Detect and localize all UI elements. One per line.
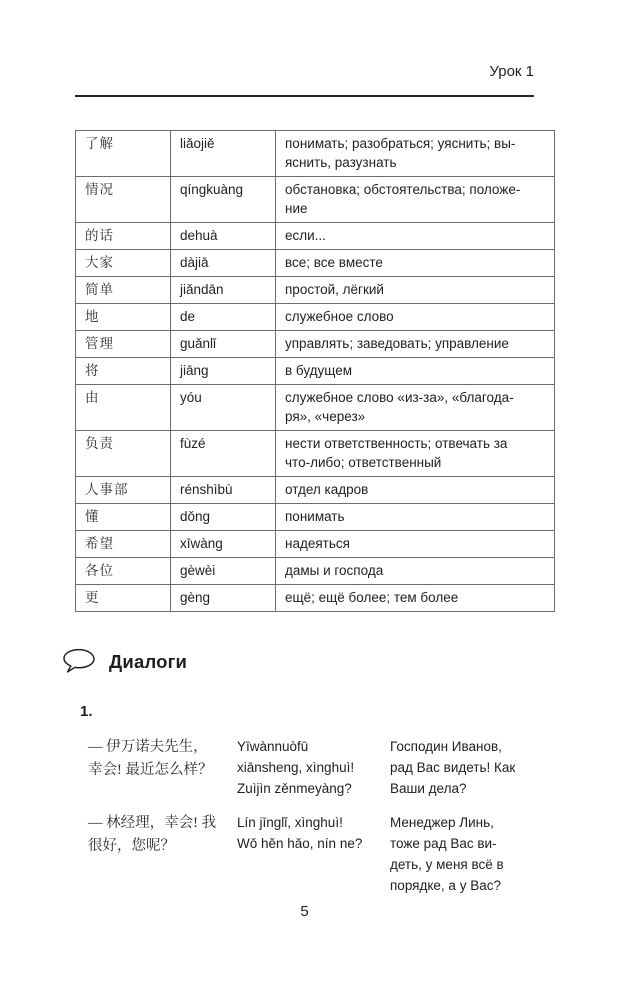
pinyin-cell: gèng — [171, 585, 276, 612]
hanzi-cell: 的话 — [76, 223, 171, 250]
hanzi-cell: 更 — [76, 585, 171, 612]
translation-cell: дамы и господа — [276, 558, 555, 585]
table-row: 地 de служебное слово — [76, 304, 555, 331]
hanzi-cell: 希望 — [76, 531, 171, 558]
table-row: 的话 dehuà если... — [76, 223, 555, 250]
dialogue-pinyin: Yīwànnuòfū xiānsheng, xìnghuì! Zuìjìn zě… — [237, 736, 390, 799]
dialogue-hanzi: — 伊万诺夫先生， 幸会! 最近怎么样？ — [88, 736, 237, 799]
translation-cell: ещё; ещё более; тем более — [276, 585, 555, 612]
hanzi-cell: 了解 — [76, 131, 171, 177]
translation-cell: управлять; заведовать; управление — [276, 331, 555, 358]
page-number: 5 — [75, 903, 534, 920]
translation-cell: служебное слово «из-за», «благода- ря», … — [276, 385, 555, 431]
pinyin-cell: gèwèi — [171, 558, 276, 585]
dialogues-section-header: Диалоги — [62, 648, 187, 675]
dialogue-russian: Менеджер Линь, тоже рад Вас ви- деть, у … — [390, 812, 534, 896]
pinyin-cell: jiāng — [171, 358, 276, 385]
hanzi-cell: 懂 — [76, 504, 171, 531]
pinyin-cell: rénshìbù — [171, 477, 276, 504]
pinyin-cell: qíngkuàng — [171, 177, 276, 223]
table-row: 更 gèng ещё; ещё более; тем более — [76, 585, 555, 612]
table-row: 管理 guǎnlǐ управлять; заведовать; управле… — [76, 331, 555, 358]
translation-cell: понимать; разобраться; уяснить; вы- ясни… — [276, 131, 555, 177]
dialogues-section-title: Диалоги — [109, 651, 187, 673]
dialogue-table: — 伊万诺夫先生， 幸会! 最近怎么样？ Yīwànnuòfū xiānshen… — [88, 736, 534, 896]
hanzi-cell: 将 — [76, 358, 171, 385]
table-row: 了解 liǎojiě понимать; разобраться; уяснит… — [76, 131, 555, 177]
translation-cell: обстановка; обстоятельства; положе- ние — [276, 177, 555, 223]
table-row: 负责 fùzé нести ответственность; отвечать … — [76, 431, 555, 477]
pinyin-cell: guǎnlǐ — [171, 331, 276, 358]
table-row: 情况 qíngkuàng обстановка; обстоятельства;… — [76, 177, 555, 223]
header-rule — [75, 95, 534, 97]
table-row: 各位 gèwèi дамы и господа — [76, 558, 555, 585]
table-row: 希望 xīwàng надеяться — [76, 531, 555, 558]
dialogue-number: 1. — [80, 703, 93, 720]
pinyin-cell: dehuà — [171, 223, 276, 250]
book-page: Урок 1 了解 liǎojiě понимать; разобраться;… — [0, 0, 644, 1000]
pinyin-cell: dǒng — [171, 504, 276, 531]
hanzi-cell: 地 — [76, 304, 171, 331]
hanzi-cell: 人事部 — [76, 477, 171, 504]
running-head: Урок 1 — [75, 63, 534, 80]
pinyin-cell: dàjiā — [171, 250, 276, 277]
hanzi-cell: 管理 — [76, 331, 171, 358]
hanzi-cell: 各位 — [76, 558, 171, 585]
translation-cell: в будущем — [276, 358, 555, 385]
vocabulary-table-body: 了解 liǎojiě понимать; разобраться; уяснит… — [76, 131, 555, 612]
table-row: 懂 dǒng понимать — [76, 504, 555, 531]
pinyin-cell: yóu — [171, 385, 276, 431]
table-row: 将 jiāng в будущем — [76, 358, 555, 385]
pinyin-cell: de — [171, 304, 276, 331]
pinyin-cell: fùzé — [171, 431, 276, 477]
translation-cell: если... — [276, 223, 555, 250]
hanzi-cell: 负责 — [76, 431, 171, 477]
dialogue-pinyin: Lín jīnglǐ, xìnghuì! Wǒ hěn hǎo, nín ne? — [237, 812, 390, 896]
speech-bubble-icon — [62, 648, 96, 675]
pinyin-cell: liǎojiě — [171, 131, 276, 177]
table-row: 简单 jiǎndān простой, лёгкий — [76, 277, 555, 304]
hanzi-cell: 由 — [76, 385, 171, 431]
hanzi-cell: 简单 — [76, 277, 171, 304]
table-row: 人事部 rénshìbù отдел кадров — [76, 477, 555, 504]
hanzi-cell: 情况 — [76, 177, 171, 223]
translation-cell: нести ответственность; отвечать за что-л… — [276, 431, 555, 477]
table-row: 由 yóu служебное слово «из-за», «благода-… — [76, 385, 555, 431]
vocabulary-table: 了解 liǎojiě понимать; разобраться; уяснит… — [75, 130, 555, 612]
translation-cell: понимать — [276, 504, 555, 531]
table-row: 大家 dàjiā все; все вместе — [76, 250, 555, 277]
translation-cell: отдел кадров — [276, 477, 555, 504]
pinyin-cell: jiǎndān — [171, 277, 276, 304]
pinyin-cell: xīwàng — [171, 531, 276, 558]
translation-cell: простой, лёгкий — [276, 277, 555, 304]
dialogue-hanzi: — 林经理，幸会! 我 很好，您呢？ — [88, 812, 237, 896]
translation-cell: все; все вместе — [276, 250, 555, 277]
translation-cell: служебное слово — [276, 304, 555, 331]
dialogue-russian: Господин Иванов, рад Вас видеть! Как Ваш… — [390, 736, 534, 799]
hanzi-cell: 大家 — [76, 250, 171, 277]
translation-cell: надеяться — [276, 531, 555, 558]
